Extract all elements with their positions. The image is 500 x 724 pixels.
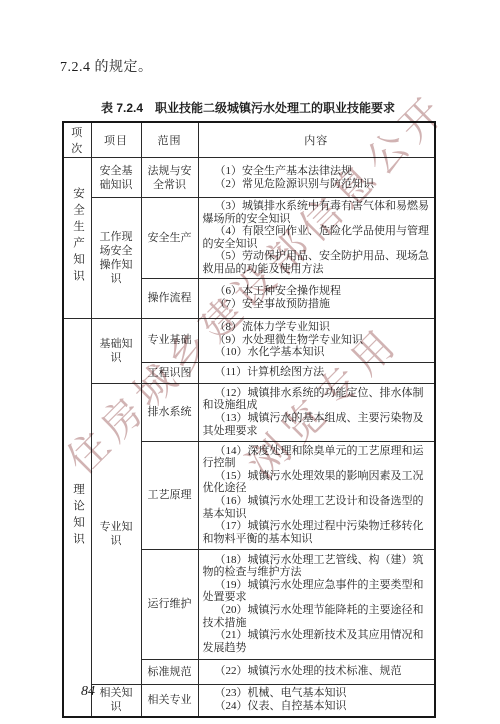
content-item: （11）计算机绘图方法 xyxy=(203,366,431,379)
table-row: 工作现场安全操作知识 安全生产 （3）城镇排水系统中有毒有害气体和易燃易爆场所的… xyxy=(63,198,435,279)
group-label: 理论知识 xyxy=(72,483,84,549)
header-item-no: 项次 xyxy=(63,122,91,158)
content-item: （21）城镇污水处理新技术及其应用情况和发展趋势 xyxy=(203,629,431,654)
group-safety-production-knowledge: 安全生产知识 xyxy=(63,158,91,319)
content-cell: （12）城镇排水系统的功能定位、排水体制和设施组成 （13）城镇污水的基本组成、… xyxy=(198,383,435,441)
header-scope: 范围 xyxy=(141,122,198,158)
header-project: 项目 xyxy=(91,122,141,158)
content-item: （10）水化学基本知识 xyxy=(203,346,431,359)
scope-cell: 运行维护 xyxy=(141,549,198,659)
content-item: （4）有限空间作业、危险化学品使用与管理的安全知识 xyxy=(203,225,431,250)
table-row: 专业知识 排水系统 （12）城镇排水系统的功能定位、排水体制和设施组成 （13）… xyxy=(63,383,435,441)
content-item: （8）流体力学专业知识 xyxy=(203,321,431,334)
content-cell: （8）流体力学专业知识 （9）水处理微生物学专业知识 （10）水化学基本知识 xyxy=(198,318,435,362)
table-header-row: 项次 项目 范围 内容 xyxy=(63,122,435,158)
content-item: （22）城镇污水处理的技术标准、规范 xyxy=(203,665,431,678)
content-item: （5）劳动保护用品、安全防护用品、现场急救用品的功能及使用方法 xyxy=(203,250,431,275)
content-item: （14）深度处理和除臭单元的工艺原理和运行控制 xyxy=(203,445,431,470)
scope-cell: 法规与安全常识 xyxy=(141,158,198,198)
content-item: （6）本工种安全操作规程 xyxy=(203,285,431,298)
scope-cell: 工艺原理 xyxy=(141,441,198,549)
content-item: （1）安全生产基本法律法规 xyxy=(203,165,431,178)
page-number: 84 xyxy=(81,684,95,700)
table-row: 相关知识 相关专业 （23）机械、电气基本知识 （24）仪表、自控基本知识 xyxy=(63,684,435,717)
content-cell: （3）城镇排水系统中有毒有害气体和易燃易爆场所的安全知识 （4）有限空间作业、危… xyxy=(198,198,435,279)
content-item: （9）水处理微生物学专业知识 xyxy=(203,334,431,347)
table-row: 安全生产知识 安全基础知识 法规与安全常识 （1）安全生产基本法律法规 （2）常… xyxy=(63,158,435,198)
content-item: （18）城镇污水处理工艺管线、构（建）筑物的检查与维护方法 xyxy=(203,554,431,579)
content-item: （24）仪表、自控基本知识 xyxy=(203,700,431,713)
content-item: （16）城镇污水处理工艺设计和设备选型的基本知识 xyxy=(203,495,431,520)
group-label: 安全生产知识 xyxy=(72,187,84,286)
content-item: （17）城镇污水处理过程中污染物迁移转化和物料平衡的基本知识 xyxy=(203,520,431,545)
scope-cell: 排水系统 xyxy=(141,383,198,441)
project-professional-knowledge: 专业知识 xyxy=(91,383,141,684)
content-item: （13）城镇污水的基本组成、主要污染物及其处理要求 xyxy=(203,412,431,437)
content-cell: （6）本工种安全操作规程 （7）安全事故预防措施 xyxy=(198,278,435,318)
scope-cell: 安全生产 xyxy=(141,198,198,279)
project-basic-knowledge: 基础知识 xyxy=(91,318,141,383)
content-item: （12）城镇排水系统的功能定位、排水体制和设施组成 xyxy=(203,387,431,412)
content-item: （20）城镇污水处理节能降耗的主要途径和技术措施 xyxy=(203,604,431,629)
table-row: 理论知识 基础知识 专业基础 （8）流体力学专业知识 （9）水处理微生物学专业知… xyxy=(63,318,435,362)
table-title: 表 7.2.4 职业技能二级城镇污水处理工的职业技能要求 xyxy=(62,99,434,116)
content-cell: （11）计算机绘图方法 xyxy=(198,362,435,383)
group-theoretical-knowledge: 理论知识 xyxy=(63,318,91,717)
scope-cell: 工程识图 xyxy=(141,362,198,383)
scope-cell: 标准规范 xyxy=(141,659,198,684)
scope-cell: 相关专业 xyxy=(141,684,198,717)
content-item: （3）城镇排水系统中有毒有害气体和易燃易爆场所的安全知识 xyxy=(203,200,431,225)
content-cell: （14）深度处理和除臭单元的工艺原理和运行控制 （15）城镇污水处理效果的影响因… xyxy=(198,441,435,549)
content-item: （7）安全事故预防措施 xyxy=(203,298,431,311)
content-cell: （1）安全生产基本法律法规 （2）常见危险源识别与防范知识 xyxy=(198,158,435,198)
content-cell: （22）城镇污水处理的技术标准、规范 xyxy=(198,659,435,684)
scope-cell: 操作流程 xyxy=(141,278,198,318)
content-item: （23）机械、电气基本知识 xyxy=(203,687,431,700)
scope-cell: 专业基础 xyxy=(141,318,198,362)
skills-requirements-table: 项次 项目 范围 内容 安全生产知识 安全基础知识 法规与安全常识 （1）安全生… xyxy=(62,121,436,718)
content-cell: （23）机械、电气基本知识 （24）仪表、自控基本知识 xyxy=(198,684,435,717)
content-item: （2）常见危险源识别与防范知识 xyxy=(203,178,431,191)
project-safety-basic: 安全基础知识 xyxy=(91,158,141,198)
content-cell: （18）城镇污水处理工艺管线、构（建）筑物的检查与维护方法 （19）城镇污水处理… xyxy=(198,549,435,659)
project-related-knowledge: 相关知识 xyxy=(91,684,141,717)
content-item: （19）城镇污水处理应急事件的主要类型和处置要求 xyxy=(203,579,431,604)
intro-text: 7.2.4 的规定。 xyxy=(60,56,153,76)
header-content: 内容 xyxy=(198,122,435,158)
content-item: （15）城镇污水处理效果的影响因素及工况优化途径 xyxy=(203,470,431,495)
project-site-safety: 工作现场安全操作知识 xyxy=(91,198,141,319)
